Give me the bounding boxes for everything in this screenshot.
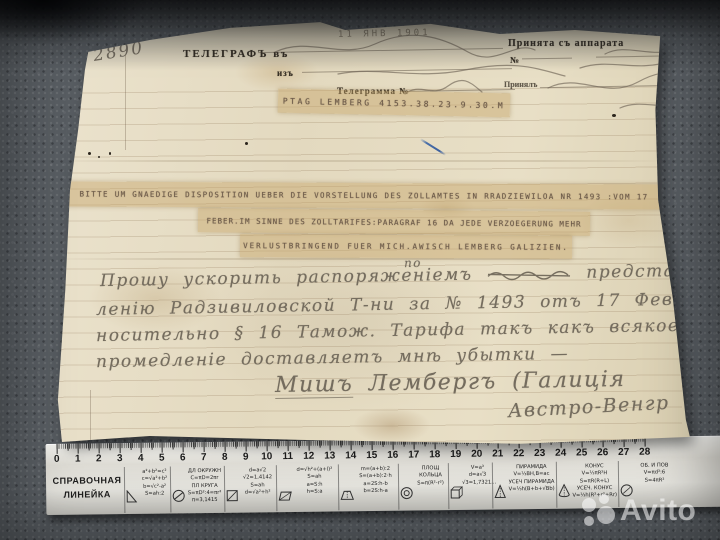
received-by-label: Принялъ — [504, 80, 537, 89]
field-line — [522, 58, 572, 60]
field-line — [258, 48, 503, 53]
pyramid-icon — [494, 484, 506, 503]
date-stamp: 11 ЯНВ 1901 — [338, 28, 431, 40]
received-from-device-label: Принята съ аппарата — [508, 38, 624, 49]
message-strip-2: FEBER.IM SINNE DES ZOLLTARIFES:PARAGRAF … — [198, 208, 590, 235]
ruler-section: d=a√2√2=1,4142S=ahd=√a²+h² — [224, 465, 278, 512]
ruler-section: ПЛОЩКОЛЬЦАS=π(R²-r²) — [398, 463, 450, 510]
formula-lines: ПИРАМИДАV=⅓BH,B=acУСЕЧ ПИРАМИДАV=⅓h(B+b+… — [506, 464, 557, 494]
photo-of-telegram: 0123456789101112131415161718192021222324… — [0, 0, 720, 540]
avito-watermark: Avito — [580, 492, 696, 530]
signature-place: Лембергъ (Галиція — [368, 367, 625, 396]
message-line-3: VERLUSTBRINGEND FUER MICH.AWISCH LEMBERG… — [243, 241, 569, 252]
formula-line: √3=1,7321… — [462, 479, 493, 487]
field-line — [302, 68, 512, 73]
telegram-document: ТЕЛЕГРАФЪ въ изъ Телеграмма № Принята съ… — [20, 20, 696, 456]
telegraph-form-title: ТЕЛЕГРАФЪ въ — [183, 48, 289, 60]
formula-line: d=√a²+h² — [238, 489, 277, 497]
paper-crease — [90, 390, 91, 440]
ruler-section: d=√h²+(a+l)²S=aha=S:hh=S:a — [276, 464, 340, 511]
from-field-label: изъ — [277, 68, 294, 78]
paper-crease — [125, 55, 126, 150]
ruler-title: СПРАВОЧНАЯ ЛИНЕЙКА — [50, 473, 124, 503]
formula-lines: ПЛОЩКОЛЬЦАS=π(R²-r²) — [412, 465, 449, 487]
cone-icon — [558, 484, 570, 503]
pencil-number: 2890 — [92, 38, 146, 66]
cube-icon — [450, 486, 463, 504]
right-triangle-icon — [126, 490, 137, 508]
formula-line: √2=1,4142 — [238, 474, 277, 482]
formula-line: b=2S:h-a — [352, 488, 399, 496]
formula-lines: ОБ. И ПОВV=πd³:6S=4πR² — [632, 462, 677, 484]
ruler-section: a²+b²=c²c=√a²+b²b=√c²-a²S=ah:2 — [124, 466, 172, 513]
avito-logo-icon — [580, 492, 616, 530]
formula-lines: V=a³d=a√3√3=1,7321… — [462, 465, 493, 487]
ruler-section: V=a³d=a√3√3=1,7321… — [448, 463, 494, 510]
ring-icon — [400, 487, 413, 505]
formula-line: c=√a²+b² — [138, 476, 171, 484]
message-line-2: FEBER.IM SINNE DES ZOLLTARIFES:PARAGRAF … — [206, 216, 581, 228]
formula-lines: a²+b²=c²c=√a²+b²b=√c²-a²S=ah:2 — [138, 468, 171, 498]
handwritten-text: представ- — [586, 261, 694, 283]
paper-crease — [47, 160, 669, 162]
circle-diameter-icon — [172, 489, 185, 507]
ruler-section: ДЛ ОКРУЖНC=πD=2πrПЛ КРУГАS=πD²:4=πr²π=3,… — [170, 466, 226, 513]
ink-speck — [98, 156, 100, 158]
avito-watermark-text: Avito — [620, 494, 696, 528]
formula-lines: d=a√2√2=1,4142S=ahd=√a²+h² — [238, 467, 277, 497]
signature-name: Мишъ — [275, 372, 354, 399]
formula-lines: m=(a+b):2S=(a+b):2·ha=2S:h-bb=2S:h-a — [352, 466, 399, 496]
formula-line: S=4πR² — [632, 477, 677, 485]
ruler-title-line1: СПРАВОЧНАЯ — [50, 473, 124, 488]
formula-line: π=3,1415 — [184, 497, 225, 505]
formula-line: S=π(R²-r²) — [412, 480, 449, 488]
crossed-out-word — [486, 267, 572, 280]
ink-speck — [245, 142, 248, 145]
handwritten-insertion: по — [404, 256, 422, 270]
ink-speck — [109, 152, 111, 155]
formula-line: S=ah:2 — [138, 490, 171, 498]
trapezoid-icon — [340, 487, 354, 505]
routing-strip: PTAG LEMBERG 4153.38.23.9.30.M — [278, 89, 510, 118]
number-label: № — [510, 55, 519, 65]
telegram-paper: ТЕЛЕГРАФЪ въ изъ Телеграмма № Принята съ… — [20, 20, 696, 456]
formula-line: V=⅓h(B+b+√Bb) — [506, 486, 557, 494]
parallelogram-icon — [278, 488, 292, 506]
formula-line: h=S:a — [290, 488, 339, 496]
ink-speck — [612, 114, 616, 117]
ruler-section: ПИРАМИДАV=⅓BH,B=acУСЕЧ ПИРАМИДАV=⅓h(B+b+… — [492, 462, 558, 509]
ruler-section: m=(a+b):2S=(a+b):2·ha=2S:h-bb=2S:h-a — [338, 464, 400, 511]
routing-strip-text: PTAG LEMBERG 4153.38.23.9.30.M — [283, 96, 506, 110]
formula-lines: d=√h²+(a+l)²S=aha=S:hh=S:a — [290, 466, 339, 496]
formula-lines: ДЛ ОКРУЖНC=πD=2πrПЛ КРУГАS=πD²:4=πr²π=3,… — [184, 468, 225, 505]
ink-speck — [88, 152, 91, 155]
message-strip-1: BITTE UM GNAEDIGE DISPOSITION UEBER DIE … — [66, 181, 662, 209]
ruler-title-line2: ЛИНЕЙКА — [50, 487, 124, 502]
square-icon — [226, 489, 238, 507]
formula-line: V=⅓BH,B=ac — [506, 471, 557, 479]
field-line — [596, 55, 674, 57]
message-line-1: BITTE UM GNAEDIGE DISPOSITION UEBER DIE … — [79, 190, 648, 202]
paper-crease — [47, 258, 669, 260]
